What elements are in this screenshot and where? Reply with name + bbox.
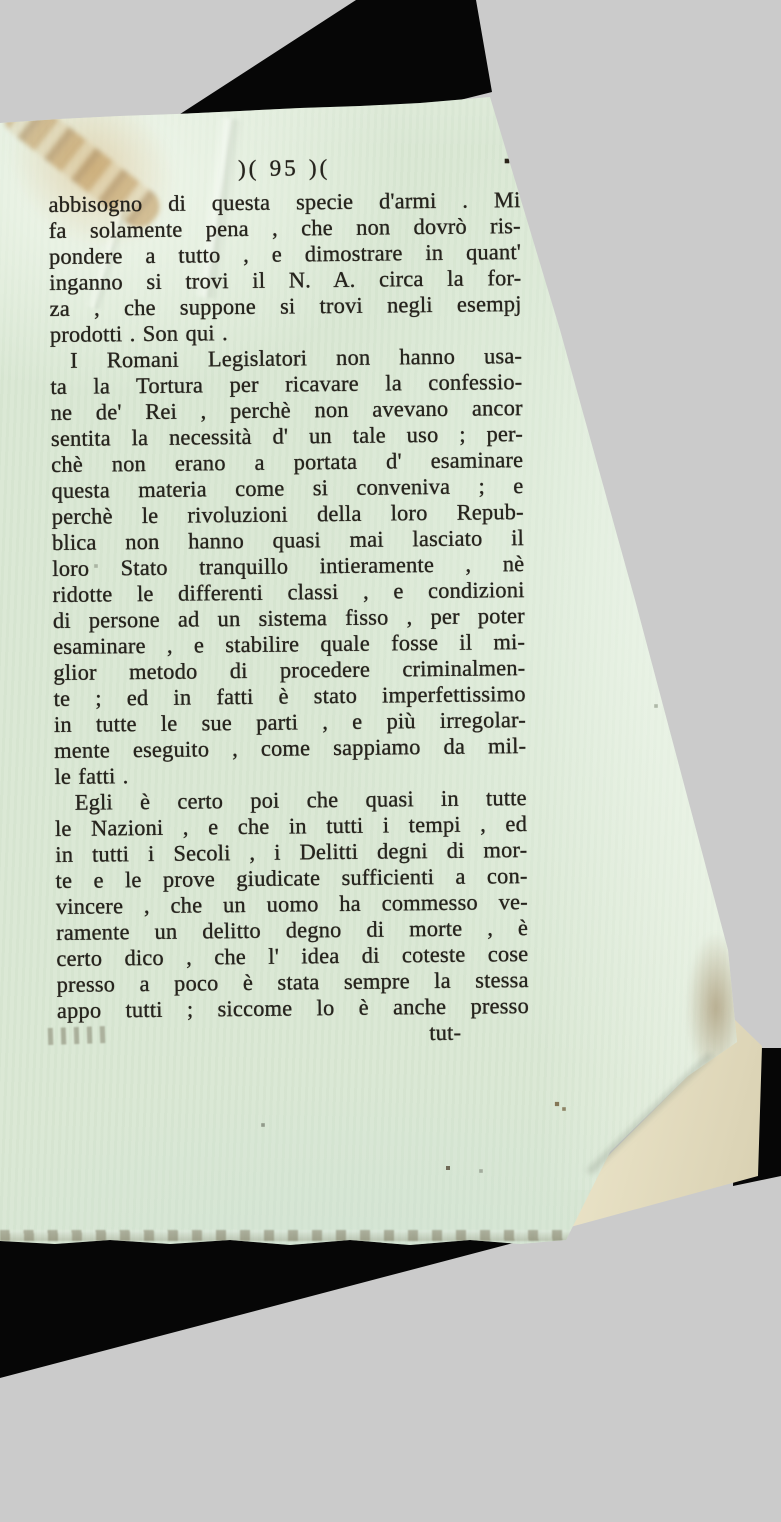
- text-lines: abbisogno di questa specie d'armi . Mifa…: [48, 187, 529, 1024]
- page-edge-highlight: [540, 60, 775, 1190]
- bottom-deckle-fibres: [0, 1230, 575, 1241]
- page-number-header: )( 95 )(: [48, 151, 520, 186]
- catchword: tut-: [57, 1019, 529, 1050]
- text-line: mente eseguito , come sappiamo da mil-: [54, 733, 526, 764]
- ink-specks: [0, 0, 2, 2]
- page-text-block: )( 95 )( abbisogno di questa specie d'ar…: [48, 151, 529, 1050]
- text-line: za , che suppone si trovi negli esempj: [49, 291, 521, 322]
- scanned-book-page-scene: )( 95 )( abbisogno di questa specie d'ar…: [0, 0, 781, 1522]
